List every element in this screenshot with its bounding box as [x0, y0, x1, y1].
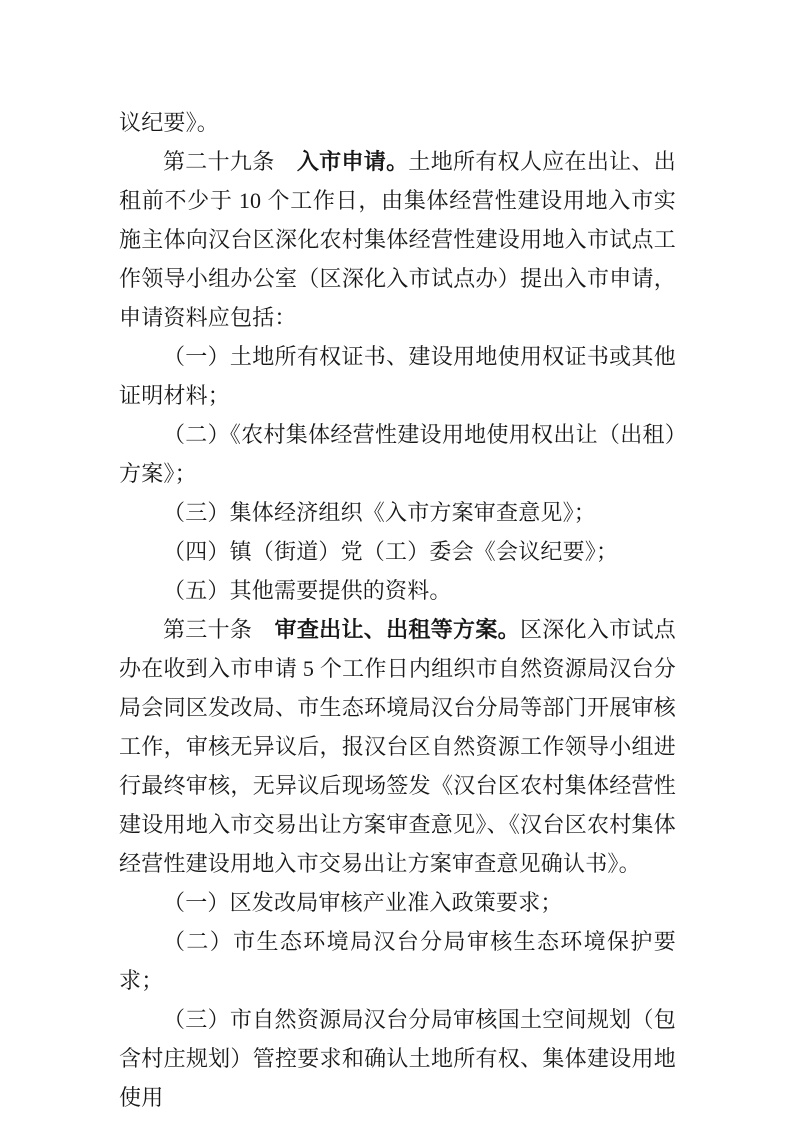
- paragraph: （三）集体经济组织《入市方案审查意见》；: [119, 493, 676, 532]
- text-run: （一）土地所有权证书、建设用地使用权证书或其他证明材料；: [119, 344, 676, 408]
- paragraph: （一）土地所有权证书、建设用地使用权证书或其他证明材料；: [119, 337, 676, 415]
- text-run: （三）市自然资源局汉台分局审核国土空间规划（包含村庄规划）管控要求和确认土地所有…: [119, 1007, 676, 1110]
- text-run: （一）区发改局审核产业准入政策要求；: [163, 890, 563, 915]
- paragraph: （二）市生态环境局汉台分局审核生态环境保护要求；: [119, 922, 676, 1000]
- text-run: 议纪要》。: [119, 110, 219, 135]
- clause-title: 入市申请。: [297, 149, 409, 174]
- document-page: 议纪要》。第二十九条 入市申请。土地所有权人应在出让、出租前不少于 10 个工作…: [0, 0, 793, 1122]
- paragraph: （三）市自然资源局汉台分局审核国土空间规划（包含村庄规划）管控要求和确认土地所有…: [119, 1000, 676, 1117]
- document-body: 议纪要》。第二十九条 入市申请。土地所有权人应在出让、出租前不少于 10 个工作…: [119, 103, 676, 1117]
- paragraph: 议纪要》。: [119, 103, 676, 142]
- text-run: 区深化入市试点办在收到入市申请 5 个工作日内组织市自然资源局汉台分局会同区发改…: [119, 617, 676, 876]
- text-run: 第二十九条: [163, 149, 297, 174]
- text-run: 土地所有权人应在出让、出租前不少于 10 个工作日，由集体经营性建设用地入市实施…: [119, 149, 676, 330]
- text-run: （三）集体经济组织《入市方案审查意见》；: [163, 500, 596, 525]
- text-run: （五）其他需要提供的资料。: [163, 578, 452, 603]
- paragraph: （四）镇（街道）党（工）委会《会议纪要》；: [119, 532, 676, 571]
- text-run: 第三十条: [163, 617, 275, 642]
- clause-title: 审查出让、出租等方案。: [275, 617, 520, 642]
- text-run: （二）市生态环境局汉台分局审核生态环境保护要求；: [119, 929, 676, 993]
- paragraph: 第二十九条 入市申请。土地所有权人应在出让、出租前不少于 10 个工作日，由集体…: [119, 142, 676, 337]
- text-run: （二）《农村集体经营性建设用地使用权出让（出租）方案》；: [119, 422, 676, 486]
- paragraph: （五）其他需要提供的资料。: [119, 571, 676, 610]
- paragraph: （一）区发改局审核产业准入政策要求；: [119, 883, 676, 922]
- text-run: （四）镇（街道）党（工）委会《会议纪要》；: [163, 539, 618, 564]
- paragraph: 第三十条 审查出让、出租等方案。区深化入市试点办在收到入市申请 5 个工作日内组…: [119, 610, 676, 883]
- paragraph: （二）《农村集体经营性建设用地使用权出让（出租）方案》；: [119, 415, 676, 493]
